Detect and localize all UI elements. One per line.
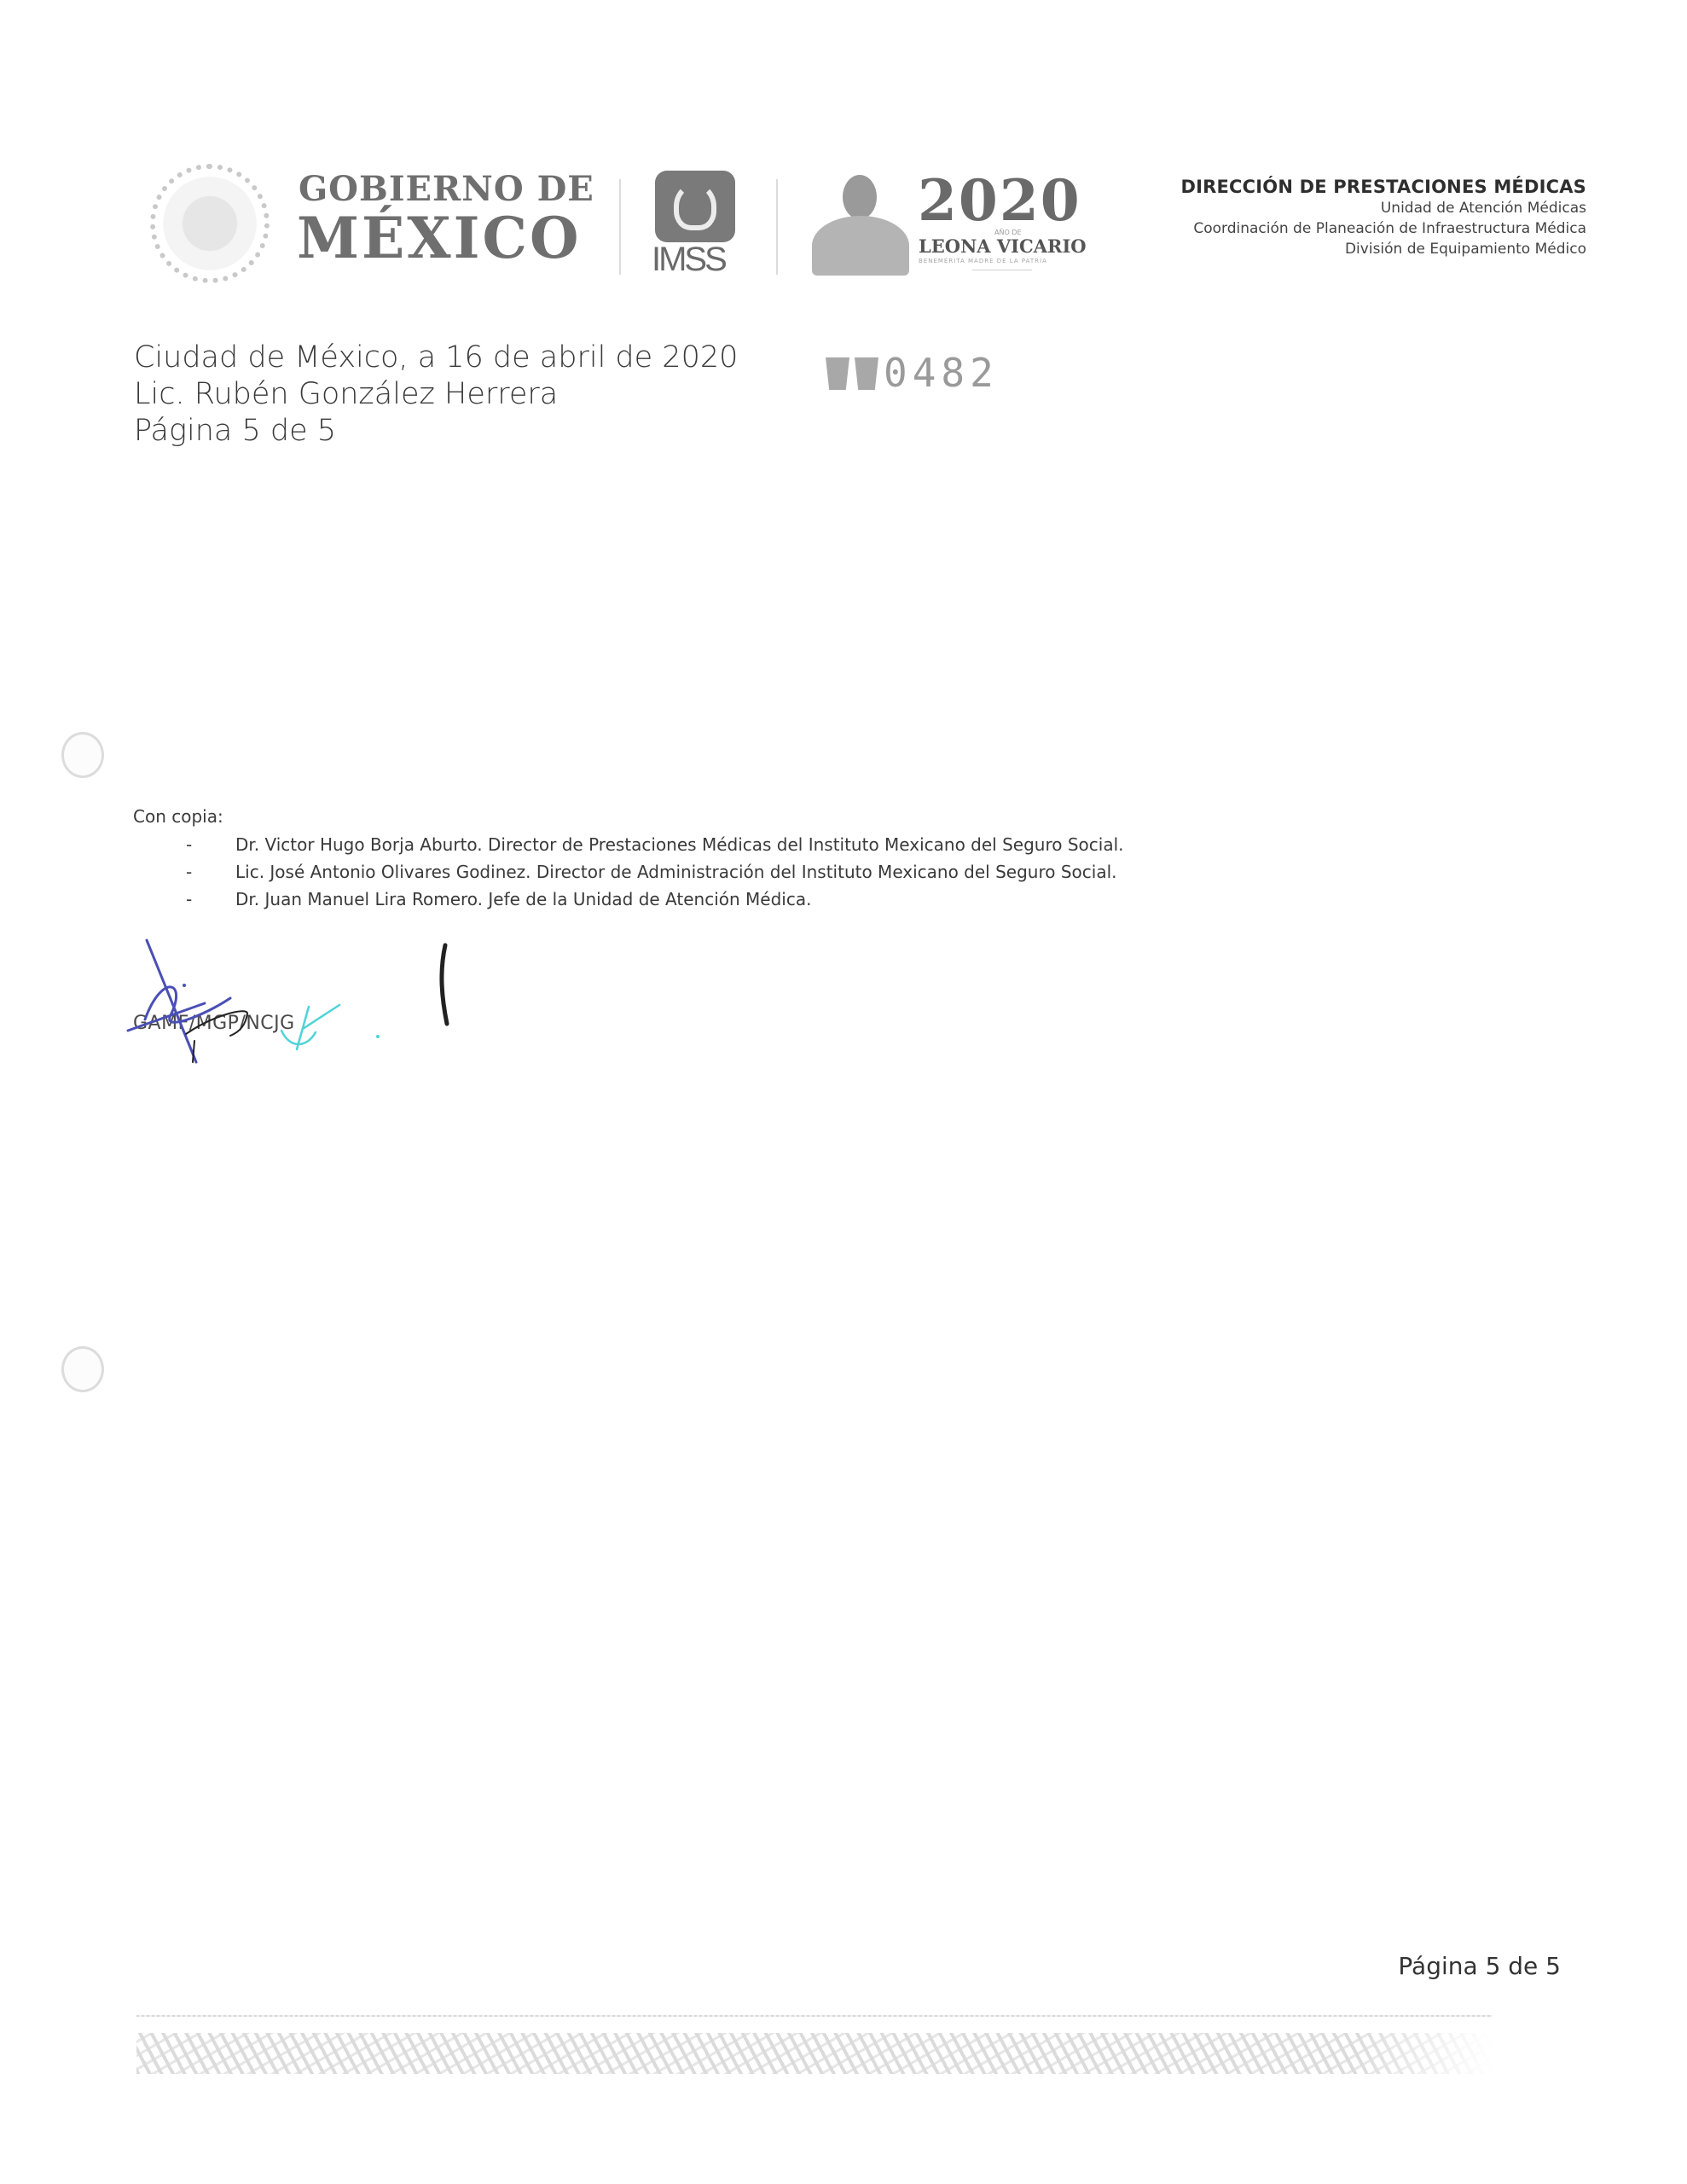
cc-item: -Lic. José Antonio Olivares Godinez. Dir… xyxy=(133,858,1123,886)
letter-heading: Ciudad de México, a 16 de abril de 2020 … xyxy=(134,340,738,450)
folio-stamp: 0482 xyxy=(826,350,999,396)
government-logo-line1: GOBIERNO DE xyxy=(299,169,594,209)
imss-logo-text: IMSS xyxy=(652,241,725,279)
footer-divider xyxy=(136,2015,1493,2017)
cc-item: -Dr. Juan Manuel Lira Romero. Jefe de la… xyxy=(133,886,1123,913)
footer-page-number: Página 5 de 5 xyxy=(1398,1952,1561,1980)
cc-label: Con copia: xyxy=(133,806,223,827)
commemorative-tagline: BENEMÉRITA MADRE DE LA PATRIA xyxy=(919,258,1047,264)
mexico-coat-of-arms-seal xyxy=(150,164,270,283)
punch-hole-icon xyxy=(61,1346,104,1392)
stamp-blot-icon xyxy=(826,357,849,390)
directorate-division: División de Equipamiento Médico xyxy=(1180,239,1586,259)
stamp-blot-icon xyxy=(855,357,878,390)
imss-logo-icon xyxy=(655,171,735,242)
punch-hole-icon xyxy=(61,732,104,778)
directorate-unit: Unidad de Atención Médicas xyxy=(1180,198,1586,218)
cc-list: -Dr. Victor Hugo Borja Aburto. Director … xyxy=(133,831,1123,913)
place-date: Ciudad de México, a 16 de abril de 2020 xyxy=(134,340,738,376)
directorate-coordination: Coordinación de Planeación de Infraestru… xyxy=(1180,218,1586,239)
directorate-block: DIRECCIÓN DE PRESTACIONES MÉDICAS Unidad… xyxy=(1180,176,1586,259)
folio-number: 0482 xyxy=(884,350,999,396)
recipient: Lic. Rubén González Herrera xyxy=(134,376,738,413)
logo-divider xyxy=(619,179,621,275)
cc-item: -Dr. Victor Hugo Borja Aburto. Director … xyxy=(133,831,1123,858)
footer-decorative-pattern xyxy=(136,2033,1493,2074)
logo-divider xyxy=(776,179,778,275)
directorate-title: DIRECCIÓN DE PRESTACIONES MÉDICAS xyxy=(1180,176,1586,198)
handwritten-signatures-icon xyxy=(111,921,503,1066)
government-logo-line2: MÉXICO xyxy=(297,205,581,271)
page-indicator: Página 5 de 5 xyxy=(134,413,738,450)
commemorative-name: LEONA VICARIO xyxy=(919,235,1087,257)
leona-vicario-portrait-icon xyxy=(809,175,913,276)
commemorative-year: 2020 xyxy=(918,167,1081,234)
commemorative-underline xyxy=(972,270,1032,270)
